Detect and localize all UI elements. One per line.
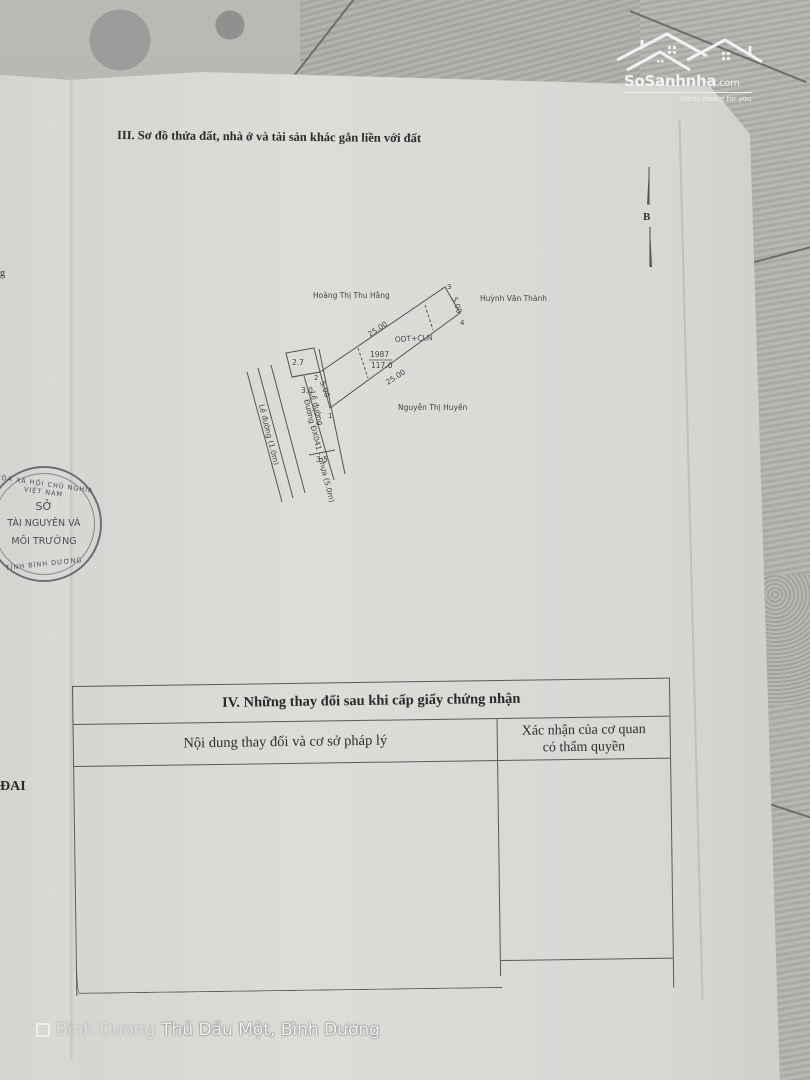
watermark-tagline: Great choice for you [680,95,751,103]
parcel-area: 117.0 [371,361,393,370]
sidewalk-outer-label: Lề đường (1.0m) [257,403,281,466]
watermark-brand: SoSanhnha.com [624,72,740,90]
edge-length-top: 25.00 [366,319,389,338]
corner-point-3: 3 [447,283,451,291]
neighbor-east-label: Huỳnh Văn Thành [480,294,547,303]
parcel-boundary [320,287,460,408]
confirmation-cell [498,759,673,961]
changes-table: IV. Những thay đổi sau khi cấp giấy chứn… [72,678,674,996]
corner-point-4: 4 [460,319,465,327]
edge-length-bottom: 25.00 [384,367,407,386]
edge-length-back: 5.00 [450,296,464,315]
changes-table-body [74,759,673,982]
stamp-line-2: TÀI NGUYÊN VÀ [0,518,100,529]
location-text: Thủ Dầu Một, Bình Dương [161,1020,380,1040]
column-header-confirmation: Xác nhận của cơ quan có thẩm quyền [498,717,671,760]
edge-length-front: 5.00 [318,380,332,399]
location-overlay: Bình Dương Thủ Dầu Một, Bình Dương [36,1020,380,1040]
corner-point-1: 1 [328,412,332,420]
houses-logo-icon [612,30,772,75]
stamp-line-3: MÔI TRƯỜNG [0,536,100,547]
location-blurred-prefix: Bình Dương [56,1020,155,1040]
table-bottom-edge [76,958,502,994]
sosanhnha-watermark: SoSanhnha.com Great choice for you [612,30,772,110]
neighbor-north-label: Hoàng Thị Thu Hằng [313,291,390,300]
land-use-code: ODT+CLN [395,333,433,344]
changes-content-cell [74,761,501,982]
road-offset-2-7: 2.7 [292,358,304,367]
column-header-changes: Nội dung thay đổi và cơ sở pháp lý [74,719,499,766]
parcel-number: 1987 [370,350,389,359]
neighbor-south-label: Nguyễn Thị Huyền [398,403,468,412]
location-pin-icon [36,1023,50,1037]
stamp-line-1: SỞ [0,500,100,513]
corner-point-2: 2 [314,374,318,382]
